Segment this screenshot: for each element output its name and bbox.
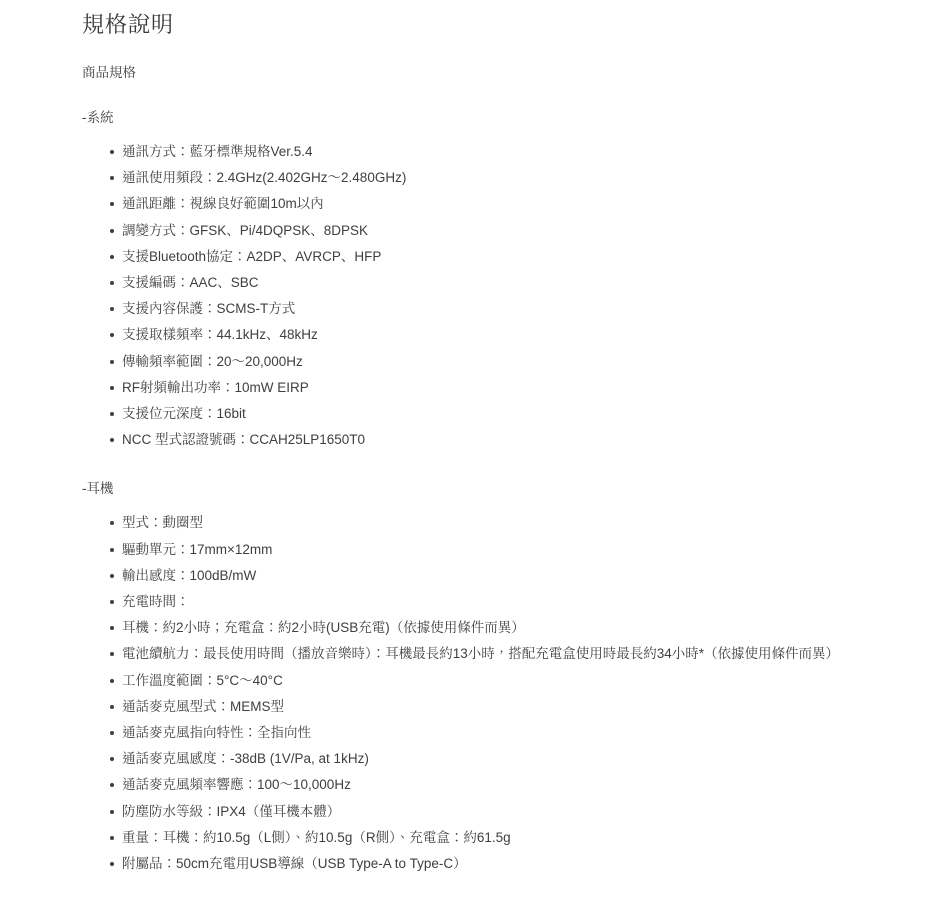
spec-item: 調變方式：GFSK、Pi/4DQPSK、8DPSK bbox=[122, 218, 889, 244]
spec-item: 通話麥克風頻率響應：100～10,000Hz bbox=[122, 772, 889, 798]
spec-item: 耳機：約2小時；充電盒：約2小時(USB充電)（依據使用條件而異） bbox=[122, 615, 889, 641]
spec-sections: -系統 通訊方式：藍牙標準規格Ver.5.4通訊使用頻段：2.4GHz(2.40… bbox=[82, 109, 889, 877]
spec-list: 型式：動圈型驅動單元：17mm×12mm輸出感度：100dB/mW充電時間：耳機… bbox=[82, 510, 889, 877]
spec-item: RF射頻輸出功率：10mW EIRP bbox=[122, 375, 889, 401]
spec-item: 支援Bluetooth協定：A2DP、AVRCP、HFP bbox=[122, 244, 889, 270]
spec-item: 通訊使用頻段：2.4GHz(2.402GHz～2.480GHz) bbox=[122, 165, 889, 191]
spec-item: NCC 型式認證號碼：CCAH25LP1650T0 bbox=[122, 427, 889, 453]
spec-item: 通訊方式：藍牙標準規格Ver.5.4 bbox=[122, 139, 889, 165]
spec-item: 通話麥克風感度：-38dB (1V/Pa, at 1kHz) bbox=[122, 746, 889, 772]
spec-item: 工作溫度範圍：5°C～40°C bbox=[122, 668, 889, 694]
spec-section: -系統 通訊方式：藍牙標準規格Ver.5.4通訊使用頻段：2.4GHz(2.40… bbox=[82, 109, 889, 453]
spec-item: 通訊距離：視線良好範圍10m以內 bbox=[122, 191, 889, 217]
spec-item: 支援編碼：AAC、SBC bbox=[122, 270, 889, 296]
spec-item: 充電時間： bbox=[122, 589, 889, 615]
spec-item: 通話麥克風指向特性：全指向性 bbox=[122, 720, 889, 746]
spec-item: 電池續航力：最長使用時間（播放音樂時）：耳機最長約13小時，搭配充電盒使用時最長… bbox=[122, 641, 889, 667]
spec-item: 支援內容保護：SCMS-T方式 bbox=[122, 296, 889, 322]
page-title: 規格說明 bbox=[82, 10, 889, 40]
section-heading: -耳機 bbox=[82, 480, 889, 497]
spec-item: 支援位元深度：16bit bbox=[122, 401, 889, 427]
spec-item: 輸出感度：100dB/mW bbox=[122, 563, 889, 589]
spec-item: 附屬品：50cm充電用USB導線（USB Type-A to Type-C） bbox=[122, 851, 889, 877]
spec-list: 通訊方式：藍牙標準規格Ver.5.4通訊使用頻段：2.4GHz(2.402GHz… bbox=[82, 139, 889, 453]
spec-item: 支援取樣頻率：44.1kHz、48kHz bbox=[122, 322, 889, 348]
spec-item: 驅動單元：17mm×12mm bbox=[122, 537, 889, 563]
spec-item: 防塵防水等級：IPX4（僅耳機本體） bbox=[122, 799, 889, 825]
spec-item: 重量：耳機：約10.5g（L側）、約10.5g（R側）、充電盒：約61.5g bbox=[122, 825, 889, 851]
spec-page: 規格說明 商品規格 -系統 通訊方式：藍牙標準規格Ver.5.4通訊使用頻段：2… bbox=[0, 0, 929, 900]
spec-item: 型式：動圈型 bbox=[122, 510, 889, 536]
section-heading: -系統 bbox=[82, 109, 889, 126]
spec-section: -耳機 型式：動圈型驅動單元：17mm×12mm輸出感度：100dB/mW充電時… bbox=[82, 480, 889, 877]
spec-item: 傳輸頻率範圍：20～20,000Hz bbox=[122, 349, 889, 375]
spec-item: 通話麥克風型式：MEMS型 bbox=[122, 694, 889, 720]
spec-subtitle: 商品規格 bbox=[82, 64, 889, 81]
